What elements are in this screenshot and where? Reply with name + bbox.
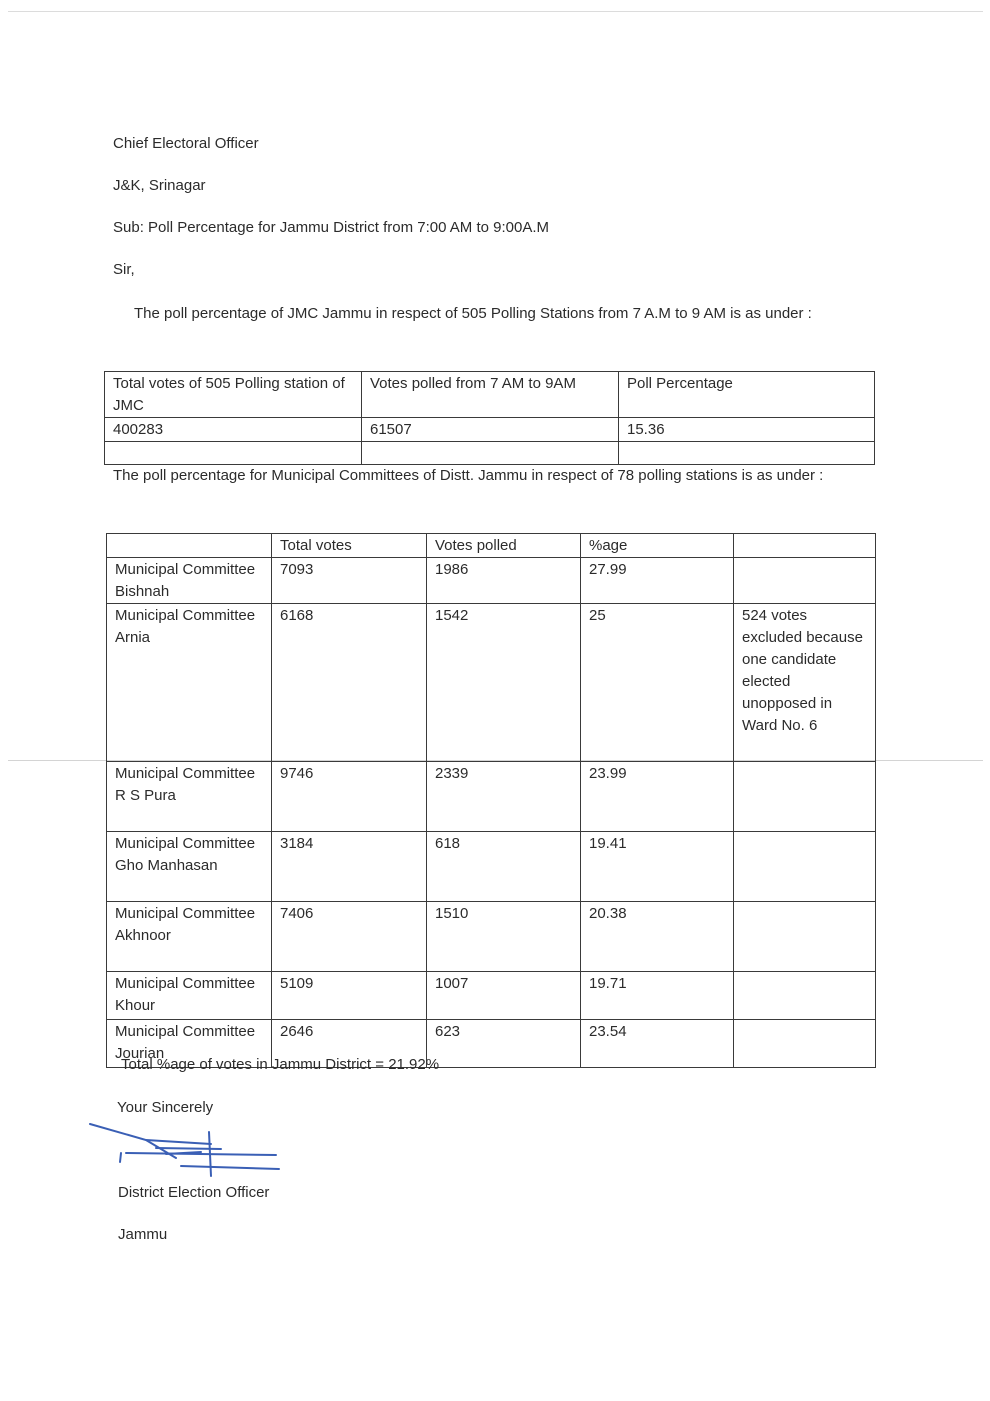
scan-artifact-line [8, 11, 983, 12]
signature-icon [86, 1120, 286, 1190]
table-cell-total: 5109 [272, 972, 427, 1020]
table-cell-remark [734, 832, 876, 902]
recipient-title: Chief Electoral Officer [113, 133, 259, 155]
table-cell-name: Municipal Committee R S Pura [107, 762, 272, 832]
table-cell-name: Municipal Committee Arnia [107, 604, 272, 762]
municipal-committees-table: Total votes Votes polled %age Municipal … [106, 533, 876, 1068]
jmc-poll-table: Total votes of 505 Polling station of JM… [104, 371, 875, 465]
table-cell-name: Municipal Committee Bishnah [107, 558, 272, 604]
table-row: Municipal Committee Bishnah7093198627.99 [107, 558, 876, 604]
table-cell-pct: 19.41 [581, 832, 734, 902]
table-cell-remark [734, 1020, 876, 1068]
table-cell-polled: 1542 [427, 604, 581, 762]
table-cell-pct: 27.99 [581, 558, 734, 604]
table-cell-polled: 1510 [427, 902, 581, 972]
table-cell: 400283 [105, 418, 362, 442]
district-total: Total %age of votes in Jammu District = … [121, 1054, 439, 1076]
table-cell-polled: 1007 [427, 972, 581, 1020]
table-row: Municipal Committee Gho Manhasan31846181… [107, 832, 876, 902]
mc-paragraph: The poll percentage for Municipal Commit… [113, 463, 863, 489]
subject-line: Sub: Poll Percentage for Jammu District … [113, 217, 549, 239]
table-row: Municipal Committee Arnia6168154225524 v… [107, 604, 876, 762]
table-row: Municipal Committee Khour5109100719.71 [107, 972, 876, 1020]
table-row [105, 442, 875, 465]
table-cell-total: 6168 [272, 604, 427, 762]
closing: Your Sincerely [117, 1097, 213, 1119]
table-header-row: Total votes Votes polled %age [107, 534, 876, 558]
table-cell-polled: 618 [427, 832, 581, 902]
table-cell-polled: 623 [427, 1020, 581, 1068]
table-row: Municipal Committee Akhnoor7406151020.38 [107, 902, 876, 972]
table-cell-polled: 1986 [427, 558, 581, 604]
table-cell-total: 3184 [272, 832, 427, 902]
header-cell: Total votes of 505 Polling station of JM… [105, 372, 362, 418]
table-cell-pct: 23.99 [581, 762, 734, 832]
table-cell-pct: 20.38 [581, 902, 734, 972]
header-cell [734, 534, 876, 558]
table-cell [619, 442, 875, 465]
table-cell-name: Municipal Committee Khour [107, 972, 272, 1020]
salutation: Sir, [113, 259, 135, 281]
table-cell-name: Municipal Committee Akhnoor [107, 902, 272, 972]
header-cell: %age [581, 534, 734, 558]
table-cell-name: Municipal Committee Gho Manhasan [107, 832, 272, 902]
table-cell-total: 9746 [272, 762, 427, 832]
signatory-title: District Election Officer [118, 1182, 269, 1204]
recipient-location: J&K, Srinagar [113, 175, 206, 197]
table-cell-remark [734, 972, 876, 1020]
table-header-row: Total votes of 505 Polling station of JM… [105, 372, 875, 418]
table-cell-pct: 23.54 [581, 1020, 734, 1068]
table-cell: 61507 [362, 418, 619, 442]
table-cell [105, 442, 362, 465]
table-cell-polled: 2339 [427, 762, 581, 832]
table-cell-remark [734, 902, 876, 972]
table-cell-remark [734, 558, 876, 604]
table-cell: 15.36 [619, 418, 875, 442]
table-cell-total: 7093 [272, 558, 427, 604]
header-cell [107, 534, 272, 558]
table-cell-pct: 19.71 [581, 972, 734, 1020]
header-cell: Votes polled from 7 AM to 9AM [362, 372, 619, 418]
table-cell [362, 442, 619, 465]
signatory-place: Jammu [118, 1224, 167, 1246]
table-cell-remark [734, 762, 876, 832]
table-cell-total: 7406 [272, 902, 427, 972]
table-cell-pct: 25 [581, 604, 734, 762]
table-row: 400283 61507 15.36 [105, 418, 875, 442]
header-cell: Poll Percentage [619, 372, 875, 418]
header-cell: Votes polled [427, 534, 581, 558]
table-cell-remark: 524 votes excluded because one candidate… [734, 604, 876, 762]
header-cell: Total votes [272, 534, 427, 558]
table-row: Municipal Committee R S Pura9746233923.9… [107, 762, 876, 832]
intro-paragraph: The poll percentage of JMC Jammu in resp… [113, 301, 853, 327]
